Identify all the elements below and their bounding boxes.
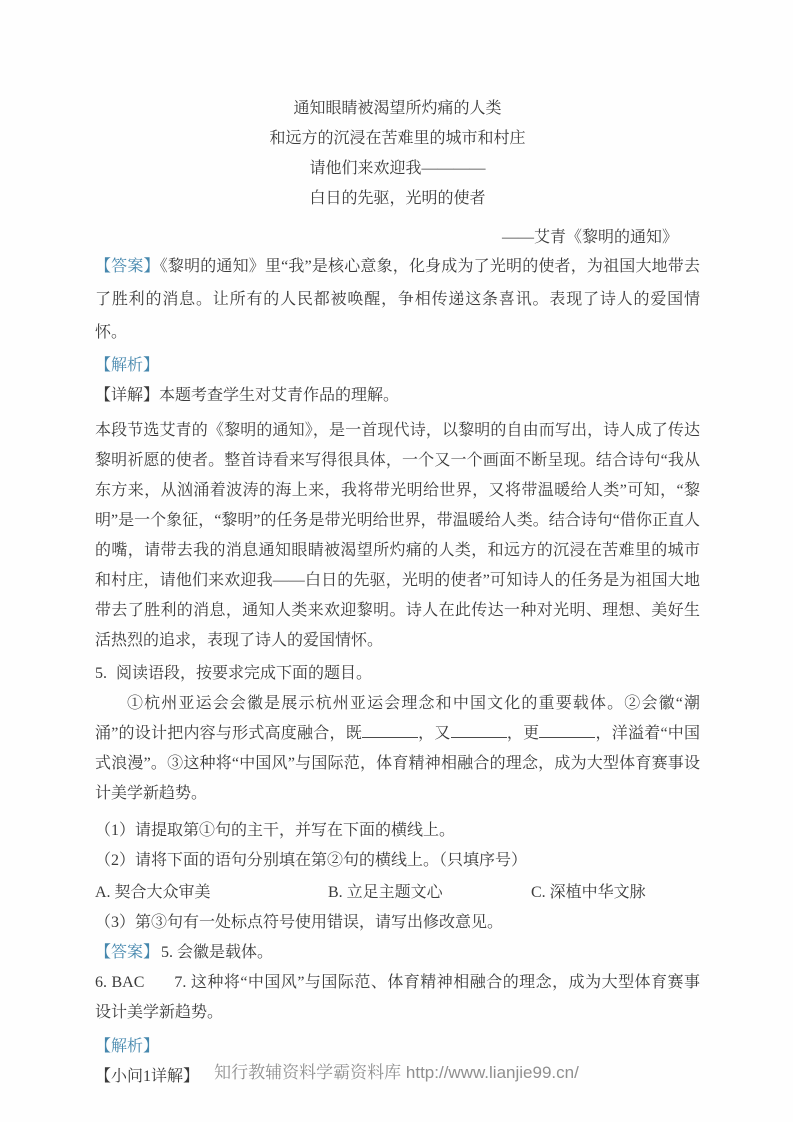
- question-5-number: 5.: [95, 665, 107, 682]
- option-a: A. 契合大众审美: [95, 878, 328, 908]
- detail-intro-line: 【详解】本题考查学生对艾青作品的理解。: [95, 381, 700, 411]
- sub-question-2: （2）请将下面的语句分别填在第②句的横线上。（只填序号）: [95, 846, 700, 876]
- options-row: A. 契合大众审美 B. 立足主题文心 C. 深植中华文脉: [95, 878, 700, 908]
- answer-5-text: 5. 会徽是载体。: [161, 944, 273, 961]
- answer-7-text: 7. 这种将“中国风”与国际范、体育精神相融合的理念，成为大型体育赛事设计美学新…: [95, 974, 700, 1021]
- poem-line-1: 通知眼睛被渴望所灼痛的人类: [95, 94, 700, 124]
- answer-6-text: 6. BAC: [95, 974, 144, 991]
- answer-text: 《黎明的通知》里“我”是核心意象，化身成为了光明的使者，为祖国大地带去了胜利的消…: [95, 258, 700, 341]
- fill-in-blank-3: [539, 723, 595, 738]
- passage-conn-2: ，又: [418, 725, 451, 742]
- question-5-prompt: 阅读语段，按要求完成下面的题目。: [116, 665, 372, 682]
- poem-line-2: 和远方的沉浸在苦难里的城市和村庄: [95, 124, 700, 154]
- sub-question-1: （1）请提取第①句的主干，并写在下面的横线上。: [95, 816, 700, 846]
- question-5-passage: ①杭州亚运会会徽是展示杭州亚运会理念和中国文化的重要载体。②会徽“潮涌”的设计把…: [95, 689, 700, 809]
- answer-paragraph-6-7: 6. BAC7. 这种将“中国风”与国际范、体育精神相融合的理念，成为大型体育赛…: [95, 968, 700, 1028]
- passage-conn-3: ，更: [507, 725, 540, 742]
- footer-watermark: 知行教辅资料学霸资料库 http://www.lianjie99.cn/: [0, 1058, 793, 1088]
- analysis-body-paragraph: 本段节选艾青的《黎明的通知》，是一首现代诗，以黎明的自由而写出，诗人成了传达黎明…: [95, 416, 700, 656]
- answer-label: 【答案】: [95, 258, 160, 275]
- detail-intro-text: 本题考查学生对艾青作品的理解。: [159, 387, 399, 404]
- option-b: B. 立足主题文心: [328, 878, 531, 908]
- analysis-label-1: 【解析】: [95, 351, 700, 381]
- fill-in-blank-2: [451, 723, 507, 738]
- option-c: C. 深植中华文脉: [531, 878, 646, 908]
- answer-paragraph-2: 【答案】5. 会徽是载体。: [95, 938, 700, 968]
- poem-line-4: 白日的先驱，光明的使者: [95, 184, 700, 214]
- detail-label: 【详解】: [95, 387, 159, 404]
- question-5-line: 5.阅读语段，按要求完成下面的题目。: [95, 659, 700, 689]
- document-page: 通知眼睛被渴望所灼痛的人类 和远方的沉浸在苦难里的城市和村庄 请他们来欢迎我——…: [0, 0, 793, 1122]
- poem-attribution: ——艾青《黎明的通知》: [95, 223, 700, 253]
- sub-question-3: （3）第③句有一处标点符号使用错误，请写出修改意见。: [95, 908, 700, 938]
- answer-paragraph-1: 【答案】《黎明的通知》里“我”是核心意象，化身成为了光明的使者，为祖国大地带去了…: [95, 250, 700, 349]
- poem-line-3: 请他们来欢迎我————: [95, 154, 700, 184]
- answer-label-2: 【答案】: [95, 944, 159, 961]
- fill-in-blank-1: [362, 723, 418, 738]
